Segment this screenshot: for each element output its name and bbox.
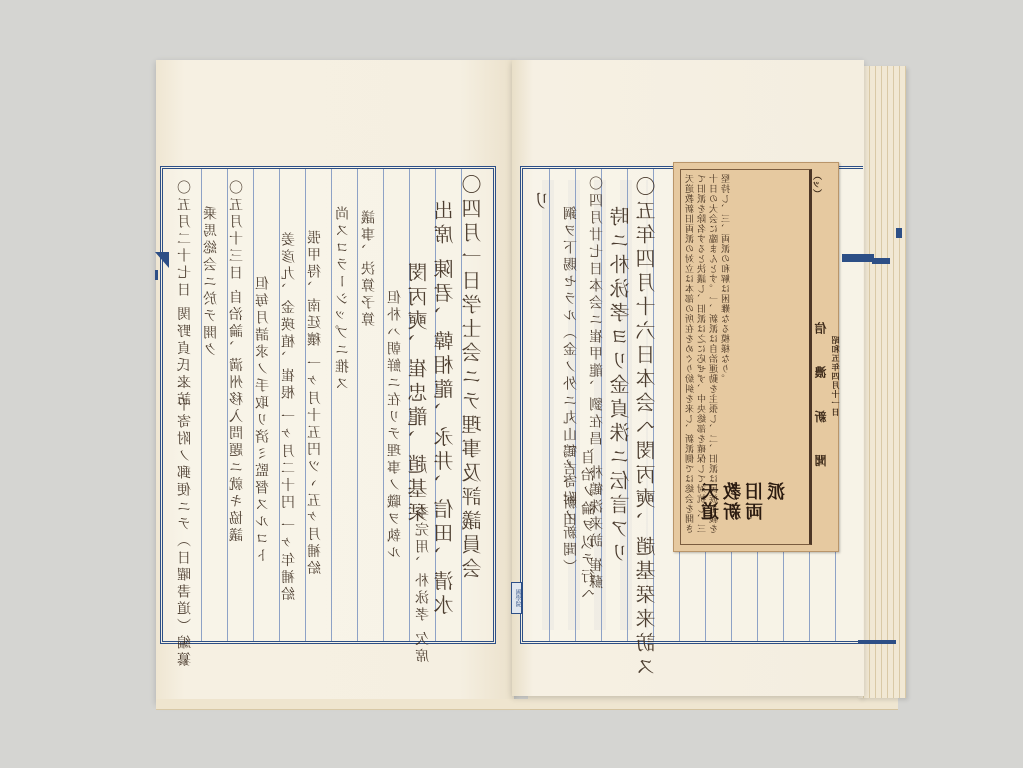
column-rule [549, 169, 550, 641]
page-stack-edge [858, 66, 906, 698]
catalog-sticker: 國學院 [511, 582, 522, 614]
handwritten-line: 但毎月請求ノ手取リ済ミ監督スルコト [250, 276, 276, 565]
book-photo: 〇四月一日学士会ニテ理事及評議員会 出席 陳君、韓相龍、永井、信田、清水 閔丙奭… [0, 0, 1023, 768]
newspaper-clipping: 天道教新旧両派の対立は本部の所在をめぐり紛糾を来し、新派側では総会を開きて旧派を… [673, 162, 839, 552]
handwritten-line: リ [530, 190, 556, 214]
handwritten-line: 尚スコラーシップニ推ス [330, 206, 356, 393]
clipping-headline: 天道教新旧両派 [685, 482, 805, 538]
handwritten-line: 乗馬総会ニ於テ開ク [198, 206, 224, 359]
handwritten-line: 時ニ朴泳孝ヨリ金貞洙ニ伝言アリ [608, 206, 634, 566]
blue-tab-mark [155, 270, 158, 280]
blue-tab-mark [842, 254, 874, 262]
newspaper-date: 昭和五年四月十一日 [829, 336, 840, 417]
left-page-under-edge [156, 699, 530, 710]
clipping-marker: （ッ） [812, 171, 825, 198]
handwritten-line: 張甲得、南廷穰 一ヶ月十五円ツヽ五ヶ月補給 [302, 230, 328, 577]
handwritten-line: 姜彦九、金瑛植、崔根 一ヶ月二十円 一ヶ年補給 [276, 232, 302, 604]
newspaper-name: 信 濃 新 聞 [812, 322, 829, 481]
handwritten-line: 閔丙奭、崔忠龍、趙基栞 [406, 262, 432, 526]
handwritten-line: 〇五年四月十六日本会ヘ閔丙奭、趙基栞来訪ス [634, 176, 660, 680]
handwritten-line: 但朴ハ朝鮮ニ在リテ理事ノ職ヲ執ル [382, 290, 408, 562]
blue-tab-mark [858, 640, 896, 644]
blue-tab-mark [872, 258, 890, 264]
handwritten-line: 〇五月二十七日 関野貞氏来訪 [172, 180, 198, 408]
handwritten-line: 自治ノ論ヲ以テ行ヘ [576, 450, 602, 603]
handwritten-line: 李完用、朴泳孝 欠席 [410, 505, 436, 665]
handwritten-line: 一千寄附ノ郵便ニテ（日曜書道）編纂 [172, 380, 198, 669]
handwritten-line: 〇四月一日学士会ニテ理事及評議員会 [460, 174, 486, 582]
clipping-masthead: （ッ） 信 濃 新 聞 昭和五年四月十一日 [812, 169, 832, 543]
handwritten-line: 議事、決算予算 [356, 210, 382, 329]
handwritten-line: 〇五月十三日 自治論、満州移入問題ニ就キ協議 [224, 180, 250, 544]
clipping-article: 天道教新旧両派の対立は本部の所在をめぐり紛糾を来し、新派側では総会を開きて旧派を… [680, 169, 812, 545]
blue-tab-mark [896, 228, 902, 238]
